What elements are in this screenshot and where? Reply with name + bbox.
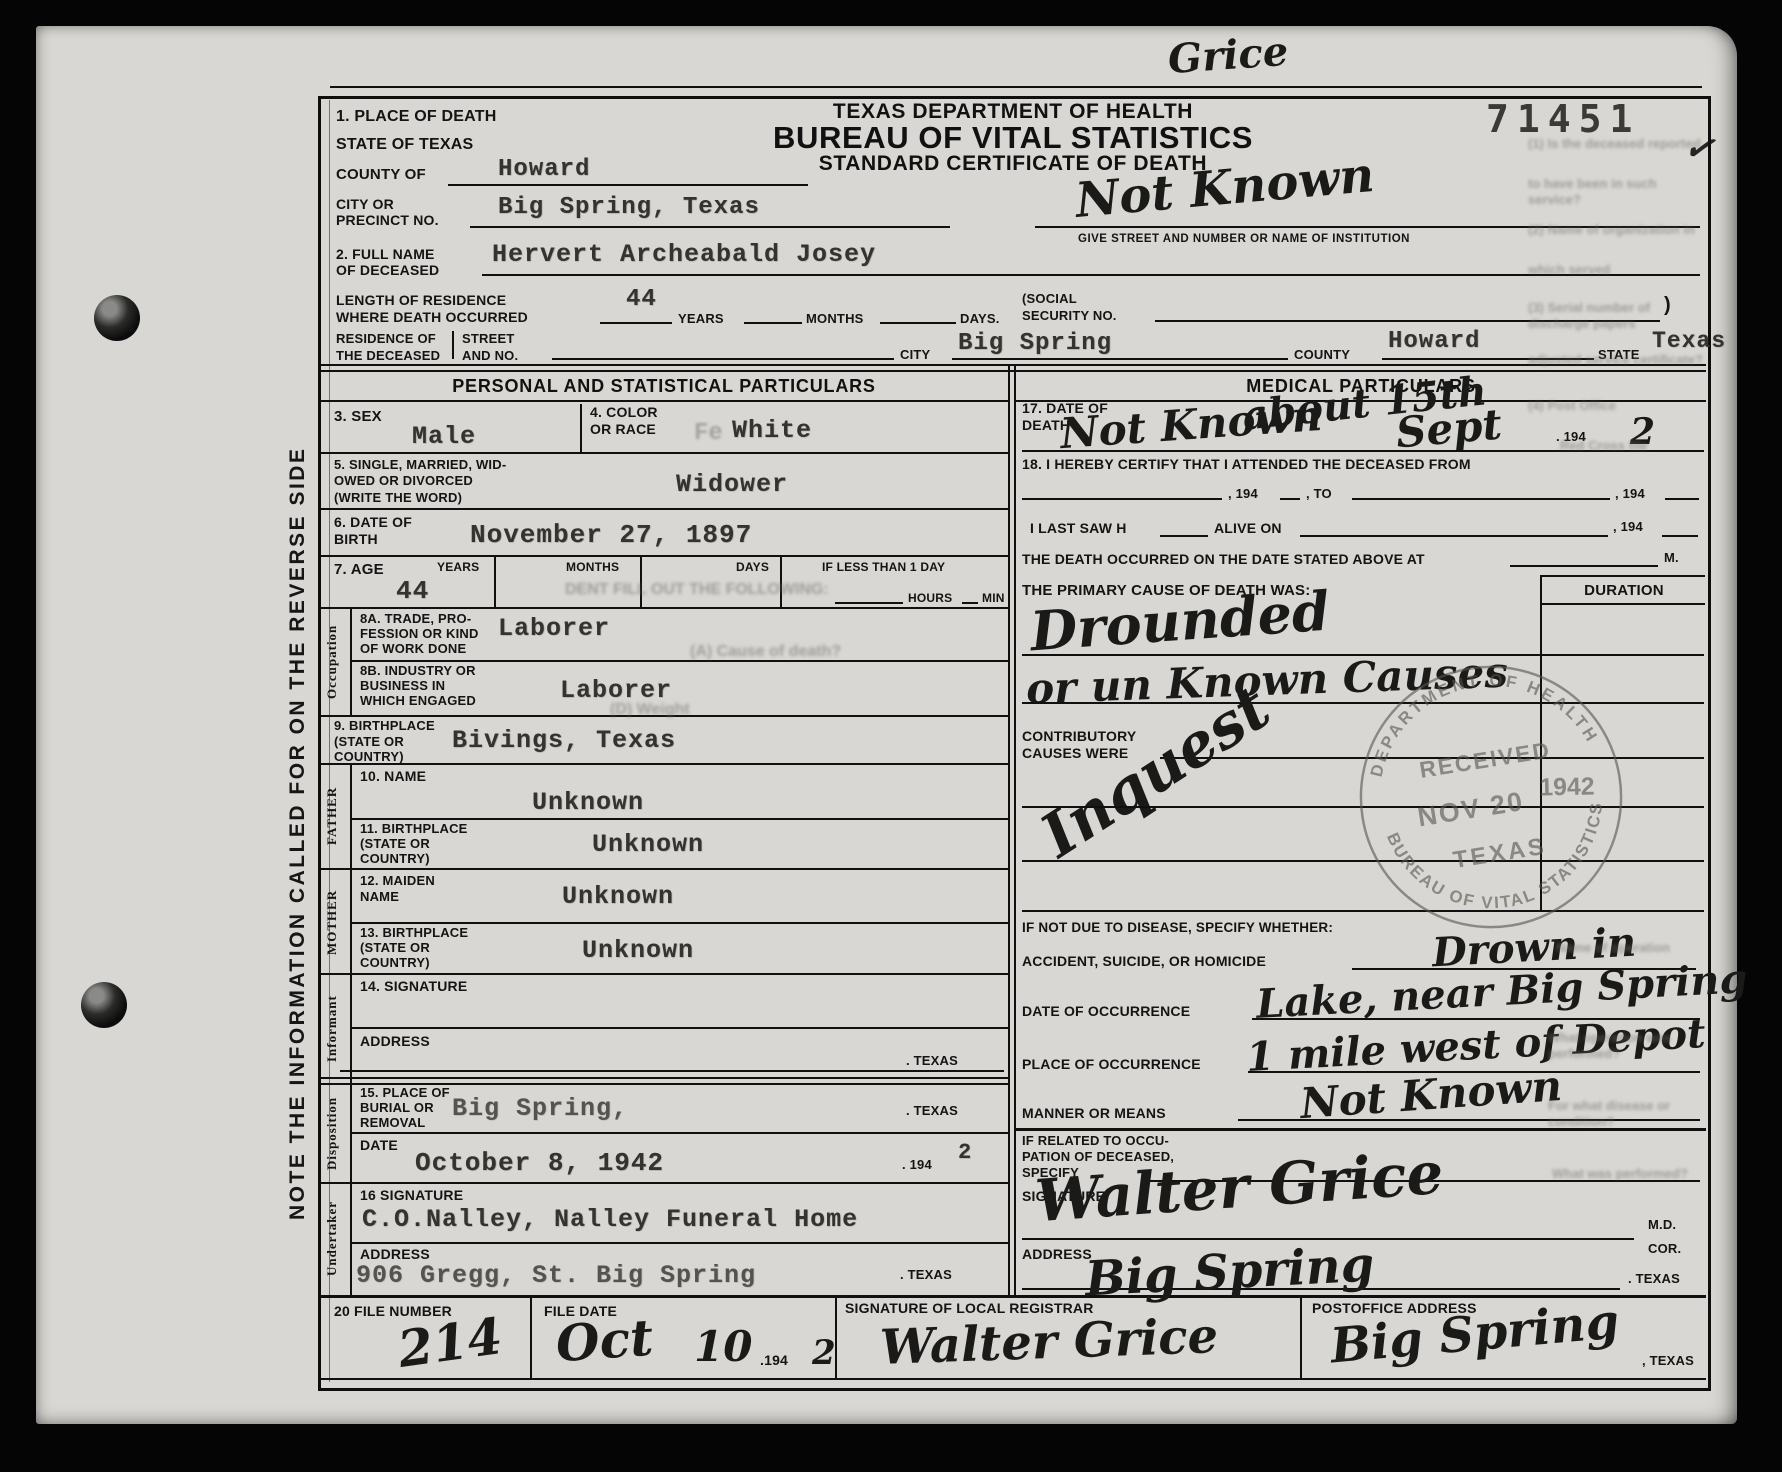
line — [835, 602, 903, 604]
line — [320, 973, 1008, 975]
bleed-text: (D) Weight — [610, 700, 690, 720]
line — [1022, 498, 1222, 500]
file-date-month: Oct — [554, 1313, 654, 1370]
burial-label-2: BURIAL OR — [360, 1101, 434, 1116]
color-label-1: 4. COLOR — [590, 404, 658, 420]
death-occurred-label: THE DEATH OCCURRED ON THE DATE STATED AB… — [1022, 551, 1425, 567]
color-label-2: OR RACE — [590, 421, 656, 437]
stamp-date-2: 1942 — [1539, 774, 1595, 802]
mother-side-label: MOTHER — [324, 876, 340, 968]
place-occurrence-label: PLACE OF OCCURRENCE — [1022, 1056, 1201, 1072]
age-min-label: MIN — [982, 592, 1005, 606]
line — [350, 922, 1008, 924]
bleed-text: (1) Is the deceased reported — [1528, 136, 1703, 152]
burial-value: Big Spring, — [452, 1096, 628, 1121]
line — [530, 1295, 532, 1380]
bleed-text: What operation was performed? — [1548, 1030, 1718, 1063]
days-label: DAYS. — [960, 312, 1000, 327]
line — [952, 358, 1288, 360]
scanned-death-certificate: NOTE THE INFORMATION CALLED FOR ON THE R… — [0, 0, 1782, 1472]
line — [1300, 1295, 1302, 1380]
line — [350, 660, 1008, 662]
industry-label-3: WHICH ENGAGED — [360, 694, 476, 709]
top-signature-grice: Grice — [1167, 32, 1290, 80]
line — [1352, 498, 1610, 500]
state2-value: Texas — [1652, 330, 1726, 353]
line — [1665, 498, 1699, 500]
mother-bp-value: Unknown — [582, 938, 694, 963]
line — [1160, 535, 1208, 537]
undertaker-signature-label: 16 SIGNATURE — [360, 1187, 463, 1203]
trade-label-3: OF WORK DONE — [360, 642, 466, 657]
line — [494, 555, 496, 607]
burial-label-3: REMOVAL — [360, 1116, 425, 1131]
line — [1008, 364, 1010, 1295]
related-label-1: IF RELATED TO OCCU- — [1022, 1134, 1169, 1149]
county2-label: COUNTY — [1294, 348, 1350, 363]
full-name-value: Hervert Archeabald Josey — [492, 242, 876, 267]
registrar-value: Walter Grice — [879, 1312, 1219, 1372]
line — [320, 555, 1008, 557]
bleed-text: adjusted service certificate? — [1528, 352, 1703, 368]
informant-texas-label: . TEXAS — [906, 1054, 958, 1069]
line — [320, 1378, 1706, 1380]
line — [320, 607, 1008, 609]
line — [320, 1182, 1008, 1184]
line — [1280, 498, 1300, 500]
marital-label-1: 5. SINGLE, MARRIED, WID- — [334, 458, 506, 473]
punch-hole-top — [94, 295, 140, 341]
line — [350, 763, 352, 1295]
maiden-label-2: NAME — [360, 890, 399, 905]
age-years-label: YEARS — [437, 561, 479, 575]
months-label: MONTHS — [806, 312, 864, 327]
county2-value: Howard — [1388, 330, 1480, 354]
line — [350, 1242, 1008, 1244]
dob-label-1: 6. DATE OF — [334, 514, 412, 530]
occupation-side-label: Occupation — [324, 612, 340, 712]
physician-address-label: ADDRESS — [1022, 1246, 1092, 1262]
ssn-label-2: SECURITY NO. — [1022, 309, 1117, 324]
marital-label-2: OWED OR DIVORCED — [334, 474, 473, 489]
maiden-value: Unknown — [562, 884, 674, 909]
disposition-side-label: Disposition — [324, 1088, 340, 1178]
burial-date-194: . 194 — [902, 1158, 932, 1173]
sex-label: 3. SEX — [334, 408, 382, 425]
death-occurred-m: M. — [1664, 551, 1679, 566]
undertaker-address-label: ADDRESS — [360, 1246, 430, 1262]
postoffice-texas-label: , TEXAS — [1642, 1354, 1694, 1369]
informant-side-label: Informant — [324, 985, 340, 1073]
file-date-year-digit: 2 — [812, 1336, 836, 1370]
line — [1510, 565, 1658, 567]
received-stamp: DEPARTMENT OF HEALTH BUREAU OF VITAL STA… — [1332, 638, 1650, 956]
stamp-received: RECEIVED — [1418, 736, 1553, 782]
informant-signature-label: 14. SIGNATURE — [360, 978, 467, 994]
residence-label-2: THE DECEASED — [336, 349, 440, 364]
mother-bp-label-2: (STATE OR — [360, 941, 430, 956]
line — [320, 1077, 1008, 1079]
bleed-text: Red Cross file — [1560, 438, 1710, 454]
informant-address-label: ADDRESS — [360, 1033, 430, 1049]
color-value: White — [732, 418, 812, 443]
line — [962, 602, 978, 604]
bleed-text: Name of operation — [1556, 940, 1716, 956]
file-date-194: .194 — [760, 1352, 788, 1368]
md-label: M.D. — [1648, 1218, 1676, 1233]
line — [320, 364, 1706, 366]
street-label-2: AND NO. — [462, 349, 518, 364]
line — [340, 1070, 1004, 1072]
dept-title: TEXAS DEPARTMENT OF HEALTH — [318, 101, 1708, 122]
age-label: 7. AGE — [334, 561, 384, 578]
physician-address-value: Big Spring — [1084, 1240, 1375, 1303]
dod-value-3: Sept — [1394, 403, 1503, 454]
certify-label: 18. I HEREBY CERTIFY THAT I ATTENDED THE… — [1022, 456, 1471, 472]
burial-texas-label: . TEXAS — [906, 1104, 958, 1119]
line — [320, 508, 1008, 510]
full-name-label-1: 2. FULL NAME — [336, 246, 435, 262]
certify-194a: , 194 — [1228, 487, 1258, 502]
duration-label: DURATION — [1546, 582, 1702, 599]
father-side-label: FATHER — [324, 770, 340, 862]
bleed-text: DENT FILL OUT THE FOLLOWING: — [565, 580, 829, 600]
line — [350, 1027, 1008, 1029]
years-label: YEARS — [678, 312, 724, 327]
burial-date-year-digit: 2 — [958, 1142, 972, 1164]
line — [470, 226, 950, 228]
erased-text-ghost: Fe — [694, 420, 723, 447]
undertaker-texas-label: . TEXAS — [900, 1268, 952, 1283]
line — [482, 274, 1700, 276]
stamp-texas: TEXAS — [1451, 833, 1548, 874]
bleed-text: (3) Serial number of discharge papers — [1528, 300, 1708, 333]
dob-label-2: BIRTH — [334, 531, 378, 547]
father-name-label: 10. NAME — [360, 768, 426, 784]
residence-length-label-1: LENGTH OF RESIDENCE — [336, 292, 506, 308]
line — [1540, 575, 1705, 577]
industry-label-2: BUSINESS IN — [360, 679, 445, 694]
contributory-label-1: CONTRIBUTORY — [1022, 728, 1136, 744]
line — [1662, 535, 1698, 537]
father-bp-label-3: COUNTRY) — [360, 852, 430, 867]
punch-hole-bottom — [81, 982, 127, 1028]
line — [1540, 603, 1705, 605]
bleed-text: (A) Cause of death? — [690, 642, 841, 662]
age-days-label: DAYS — [736, 561, 769, 575]
dob-value: November 27, 1897 — [470, 522, 752, 548]
line — [330, 86, 1702, 88]
birthplace-value: Bivings, Texas — [452, 728, 676, 753]
industry-label-1: 8B. INDUSTRY OR — [360, 664, 476, 679]
marital-value: Widower — [676, 472, 788, 497]
age-less-than-label: IF LESS THAN 1 DAY — [822, 561, 945, 575]
file-number-value: 214 — [395, 1311, 505, 1375]
father-bp-value: Unknown — [592, 832, 704, 857]
full-name-label-2: OF DECEASED — [336, 262, 439, 278]
line — [600, 322, 672, 324]
sex-value: Male — [412, 424, 476, 449]
mother-bp-label-3: COUNTRY) — [360, 956, 430, 971]
county-value: Howard — [498, 158, 590, 182]
bleed-text: What was performed? — [1552, 1166, 1712, 1182]
city2-label: CITY — [900, 348, 930, 363]
city-label-1: CITY OR — [336, 196, 394, 212]
bleed-text: to have been in such service? — [1528, 176, 1703, 209]
burial-label-1: 15. PLACE OF — [360, 1086, 450, 1101]
line — [552, 358, 894, 360]
date-occurrence-label: DATE OF OCCURRENCE — [1022, 1003, 1190, 1019]
mother-bp-label-1: 13. BIRTHPLACE — [360, 926, 468, 941]
bleed-text: (2) Name of organization in — [1528, 222, 1703, 238]
trade-label-1: 8A. TRADE, PRO- — [360, 612, 471, 627]
city-label-2: PRECINCT NO. — [336, 212, 439, 228]
street-label-1: STREET — [462, 332, 514, 347]
line — [350, 1132, 1008, 1134]
father-bp-label-1: 11. BIRTHPLACE — [360, 822, 468, 837]
cor-label: COR. — [1648, 1242, 1681, 1257]
city2-value: Big Spring — [958, 332, 1112, 356]
if-not-due-label: IF NOT DUE TO DISEASE, SPECIFY WHETHER: — [1022, 920, 1333, 936]
undertaker-side-label: Undertaker — [324, 1192, 340, 1286]
birthplace-label-1: 9. BIRTHPLACE — [334, 719, 435, 734]
trade-label-2: FESSION OR KIND — [360, 627, 479, 642]
burial-date-label: DATE — [360, 1137, 398, 1153]
city-value: Big Spring, Texas — [498, 196, 760, 220]
line — [320, 452, 1008, 454]
bleed-text: For what disease or condition? — [1548, 1098, 1718, 1131]
certify-194b: , 194 — [1615, 487, 1645, 502]
residence-label-1: RESIDENCE OF — [336, 332, 436, 347]
manner-label: MANNER OR MEANS — [1022, 1105, 1166, 1121]
residence-length-value: 44 — [626, 288, 657, 312]
ssn-label-1: (SOCIAL — [1022, 292, 1077, 307]
age-months-label: MONTHS — [566, 561, 619, 575]
line — [320, 370, 1706, 372]
line — [329, 100, 330, 1382]
age-value: 44 — [396, 578, 429, 604]
line — [350, 818, 1008, 820]
undertaker-address-value: 906 Gregg, St. Big Spring — [356, 1263, 756, 1288]
county-label: COUNTY OF — [336, 166, 426, 183]
residence-length-label-2: WHERE DEATH OCCURRED — [336, 309, 528, 325]
margin-note: NOTE THE INFORMATION CALLED FOR ON THE R… — [286, 340, 310, 1220]
maiden-label-1: 12. MAIDEN — [360, 874, 435, 889]
line — [448, 184, 808, 186]
last-saw-194: , 194 — [1613, 520, 1643, 535]
last-saw-label-2: ALIVE ON — [1214, 520, 1282, 536]
age-hours-label: HOURS — [908, 592, 952, 606]
bleed-text: which served — [1528, 262, 1703, 278]
bureau-title: BUREAU OF VITAL STATISTICS — [318, 122, 1708, 153]
line — [580, 404, 582, 452]
father-name-value: Unknown — [532, 790, 644, 815]
line — [452, 331, 454, 359]
accident-label: ACCIDENT, SUICIDE, OR HOMICIDE — [1022, 953, 1266, 969]
line — [744, 322, 802, 324]
line — [1300, 535, 1608, 537]
file-date-day: 10 — [694, 1326, 752, 1368]
last-saw-label-1: I LAST SAW H — [1030, 520, 1127, 536]
line — [320, 1295, 1706, 1298]
bleed-text: (4) Post Office — [1528, 398, 1703, 414]
trade-value: Laborer — [498, 616, 610, 641]
birthplace-label-2: (STATE OR — [334, 735, 404, 750]
undertaker-signature-value: C.O.Nalley, Nalley Funeral Home — [362, 1207, 858, 1232]
line — [1014, 364, 1016, 1295]
physician-texas-label: . TEXAS — [1628, 1272, 1680, 1287]
burial-date-value: October 8, 1942 — [415, 1150, 664, 1176]
line — [320, 400, 1008, 402]
stamp-date-1: NOV 20 — [1416, 786, 1527, 832]
marital-label-3: (WRITE THE WORD) — [334, 491, 462, 506]
certify-to: , TO — [1306, 487, 1332, 502]
line — [320, 763, 1008, 765]
line — [320, 868, 1008, 870]
line — [880, 322, 956, 324]
institution-caption: GIVE STREET AND NUMBER OR NAME OF INSTIT… — [1078, 233, 1410, 246]
personal-section-title: PERSONAL AND STATISTICAL PARTICULARS — [320, 377, 1008, 395]
father-bp-label-2: (STATE OR — [360, 837, 430, 852]
